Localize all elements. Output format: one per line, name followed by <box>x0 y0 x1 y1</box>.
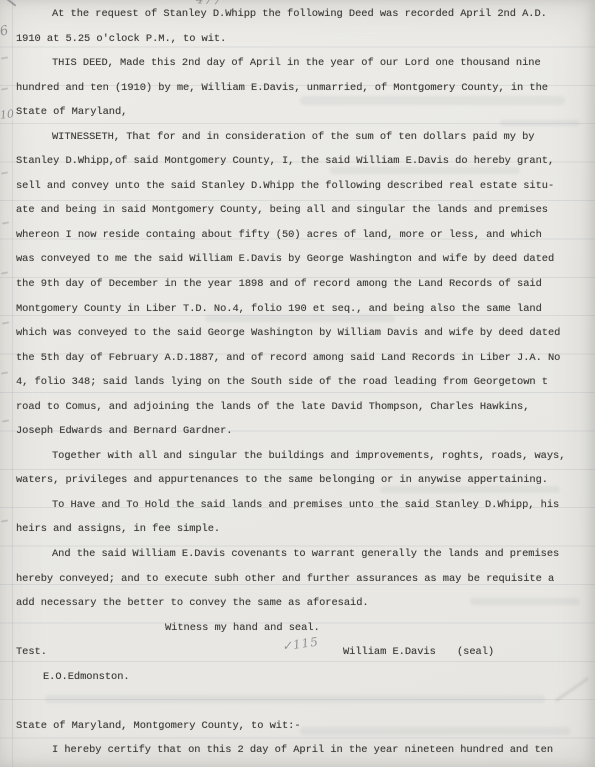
scanned-deed-page: 477 6 10 At the request of Stanley D.Whi… <box>0 0 595 767</box>
document-line: WITNESSETH, That for and in consideratio… <box>16 130 589 155</box>
document-line: State of Maryland, <box>16 105 589 130</box>
margin-tick <box>2 419 9 422</box>
document-line: At the request of Stanley D.Whipp the fo… <box>16 7 589 32</box>
document-line: 1910 at 5.25 o'clock P.M., to wit. <box>16 32 589 57</box>
document-line: add necessary the better to convey the s… <box>16 596 589 621</box>
left-margin-rule <box>12 0 13 767</box>
document-line: THIS DEED, Made this 2nd day of April in… <box>16 56 589 81</box>
margin-tick <box>1 371 8 374</box>
document-line: the 9th day of December in the year 1898… <box>16 277 589 302</box>
pencil-margin-mark-lower: 10 <box>0 107 15 121</box>
document-line: Stanley D.Whipp,of said Montgomery Count… <box>16 154 589 179</box>
document-line: Witness my hand and seal. <box>16 621 589 646</box>
document-line: sell and convey unto the said Stanley D.… <box>16 179 589 204</box>
document-line: Montgomery County in Liber T.D. No.4, fo… <box>16 302 589 327</box>
margin-tick <box>1 171 8 174</box>
margin-tick <box>1 87 8 90</box>
document-line: hereby conveyed; and to execute subh oth… <box>16 572 589 597</box>
margin-tick <box>1 56 8 59</box>
document-line: E.O.Edmonston. <box>16 670 589 695</box>
document-line: Together with all and singular the build… <box>16 449 589 474</box>
document-body: At the request of Stanley D.Whipp the fo… <box>16 7 589 767</box>
document-line: To Have and To Hold the said lands and p… <box>16 498 589 523</box>
margin-tick <box>2 221 9 224</box>
document-line: whereon I now reside containg about fift… <box>16 228 589 253</box>
grantor-signature-name: William E.Davis <box>343 645 436 660</box>
document-line: hundred and ten (1910) by me, William E.… <box>16 81 589 106</box>
seal-label: (seal) <box>457 645 494 660</box>
document-line: ate and being in said Montgomery County,… <box>16 203 589 228</box>
document-line: heirs and assigns, in fee simple. <box>16 522 589 547</box>
document-line: And the said William E.Davis covenants t… <box>16 547 589 572</box>
document-line: road to Comus, and adjoining the lands o… <box>16 400 589 425</box>
margin-tick <box>1 271 8 274</box>
signature-line: Test.✓115William E.Davis(seal) <box>16 645 589 670</box>
margin-tick <box>2 321 9 324</box>
document-line: I hereby certify that on this 2 day of A… <box>16 743 589 767</box>
document-line <box>16 694 589 719</box>
document-line: was conveyed to me the said William E.Da… <box>16 252 589 277</box>
document-line: waters, privileges and appurtenances to … <box>16 473 589 498</box>
document-line: State of Maryland, Montgomery County, to… <box>16 719 589 744</box>
pencil-margin-mark-upper: 6 <box>0 23 10 40</box>
corner-pencil-stroke <box>0 0 16 7</box>
document-line: 4, folio 348; said lands lying on the So… <box>16 375 589 400</box>
margin-tick <box>1 519 8 522</box>
document-line: which was conveyed to the said George Wa… <box>16 326 589 351</box>
document-line: the 5th day of February A.D.1887, and of… <box>16 351 589 376</box>
attestation-label: Test. <box>16 645 47 660</box>
document-line: Joseph Edwards and Bernard Gardner. <box>16 424 589 449</box>
